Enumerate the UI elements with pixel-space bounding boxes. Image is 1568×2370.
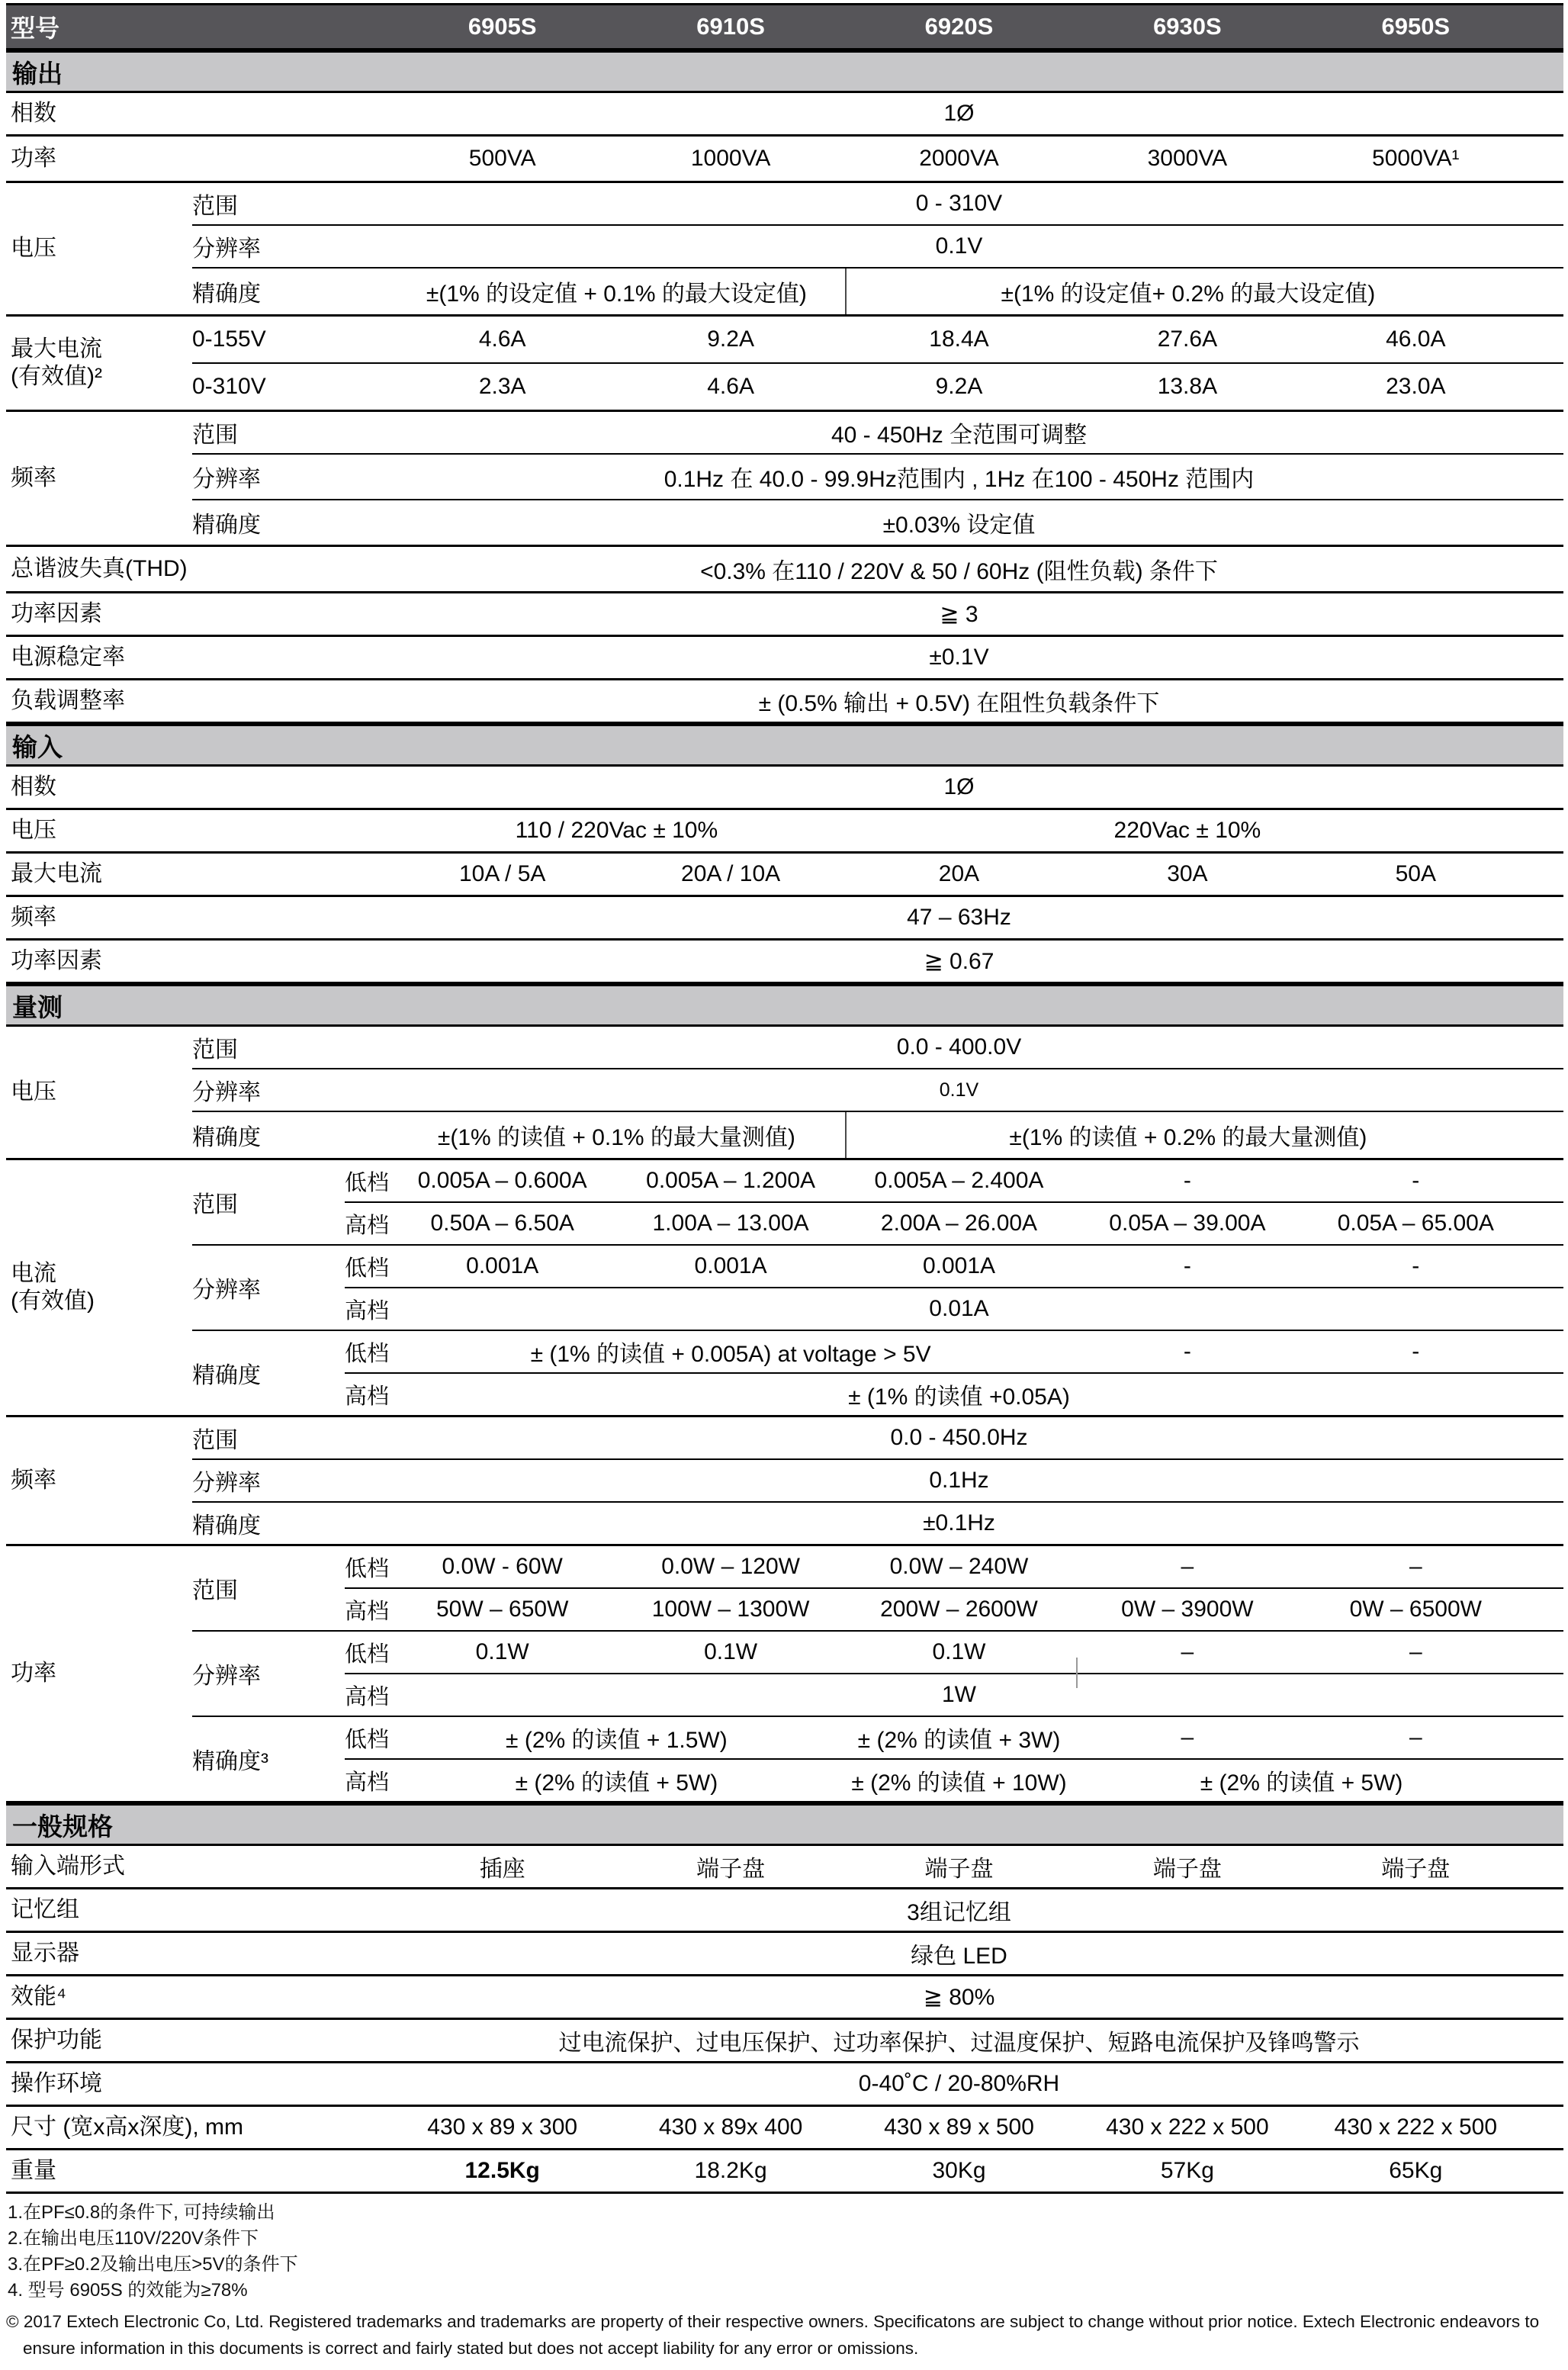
row-group-label: 保护功能 (6, 2020, 192, 2061)
sub-row: 分辨率低档0.001A0.001A0.001A--高档0.01A (192, 1244, 1563, 1330)
row-group-label: 重量 (6, 2150, 192, 2192)
sub-row: 范围低档0.0W - 60W0.0W – 120W0.0W – 240W––高档… (192, 1546, 1563, 1630)
spec-value-cell: 过电流保护、过电压保护、过功率保护、过温度保护、短路电流保护及锋鸣警示 (388, 2020, 1530, 2061)
sub-row-label (192, 941, 345, 982)
range-band-label: 高档 (345, 1674, 388, 1716)
spec-value-cell: 端子盘 (1302, 1846, 1530, 1887)
row-group-label: 显示器 (6, 1933, 192, 1974)
spec-value-cell: ±0.03% 设定值 (388, 500, 1530, 545)
sub-row-label: 分辨率 (192, 1632, 345, 1716)
spec-group: 总谐波失真(THD)<0.3% 在110 / 220V & 50 / 60Hz … (6, 547, 1563, 593)
spec-row-cells: 40 - 450Hz 全范围可调整 (388, 412, 1530, 453)
spec-row-cells: ± (2% 的读值 + 1.5W)± (2% 的读值 + 3W)–– (388, 1717, 1530, 1758)
sub-row-body: 低档0.1W0.1W0.1W––高档1W (345, 1632, 1563, 1716)
sub-row: 范围低档0.005A – 0.600A0.005A – 1.200A0.005A… (192, 1160, 1563, 1244)
range-band-label (345, 897, 388, 938)
sub-row: 范围0 - 310V (192, 183, 1563, 224)
sub-row-label: 范围 (192, 1546, 345, 1630)
sub-row-label (192, 547, 345, 591)
sub-row: 分辨率0.1V (192, 1068, 1563, 1111)
spec-row-cells: ±0.03% 设定值 (388, 500, 1530, 545)
sub-row-body: 3组记忆组 (345, 1889, 1563, 1931)
spec-group: 负载调整率± (0.5% 输出 + 0.5V) 在阻性负载条件下 (6, 680, 1563, 724)
spec-value-cell: 0-40˚C / 20-80%RH (388, 2063, 1530, 2105)
spec-value-cell: ±0.1V (388, 637, 1530, 678)
row-group-body: 过电流保护、过电压保护、过功率保护、过温度保护、短路电流保护及锋鸣警示 (192, 2020, 1563, 2061)
spec-row-cells: 0.1Hz 在 40.0 - 99.9Hz范围内 , 1Hz 在100 - 45… (388, 455, 1530, 499)
spec-group: 记忆组3组记忆组 (6, 1889, 1563, 1933)
row-group-label: 负载调整率 (6, 680, 192, 722)
spec-value-cell: ± (2% 的读值 + 5W) (388, 1760, 845, 1801)
spec-value-cell: 0.0 - 400.0V (388, 1027, 1530, 1068)
spec-row: 500VA1000VA2000VA3000VA5000VA¹ (345, 137, 1563, 181)
row-group-body: <0.3% 在110 / 220V & 50 / 60Hz (阻性负载) 条件下 (192, 547, 1563, 591)
spec-value-cell: 0.1W (616, 1632, 844, 1673)
spec-row: 0.0 - 450.0Hz (345, 1417, 1563, 1458)
spec-value-cell: 47 – 63Hz (388, 897, 1530, 938)
sub-row-body: 2.3A4.6A9.2A13.8A23.0A (345, 364, 1563, 410)
range-band-label (345, 1417, 388, 1458)
row-group-label: 功率因素 (6, 941, 192, 982)
spec-value-cell: 30A (1073, 854, 1301, 895)
section-bar-measurement: 量测 (6, 984, 1563, 1027)
sub-row-body: 低档0.005A – 0.600A0.005A – 1.200A0.005A –… (345, 1160, 1563, 1244)
sub-row: 精确度低档± (1% 的读值 + 0.005A) at voltage > 5V… (192, 1330, 1563, 1415)
spec-row-cells: 500VA1000VA2000VA3000VA5000VA¹ (388, 137, 1530, 181)
sub-row-body: 1Ø (345, 93, 1563, 134)
sub-row-body: 插座端子盘端子盘端子盘端子盘 (345, 1846, 1563, 1887)
spec-row-cells: 0.01A (388, 1288, 1530, 1330)
sub-row-label (192, 1846, 345, 1887)
spec-row: ± (0.5% 输出 + 0.5V) 在阻性负载条件下 (345, 680, 1563, 722)
spec-row: 0.1Hz 在 40.0 - 99.9Hz范围内 , 1Hz 在100 - 45… (345, 455, 1563, 499)
range-band-label: 低档 (345, 1246, 388, 1287)
row-group-label: 记忆组 (6, 1889, 192, 1931)
sub-row-body: 绿色 LED (345, 1933, 1563, 1974)
sub-row-body: 110 / 220Vac ± 10%220Vac ± 10% (345, 810, 1563, 851)
spec-value-cell: 2000VA (845, 137, 1073, 181)
spec-row-cells: ± (2% 的读值 + 5W)± (2% 的读值 + 10W)± (2% 的读值… (388, 1760, 1530, 1801)
spec-value-cell: 0.005A – 1.200A (616, 1160, 844, 1201)
spec-row: 1Ø (345, 767, 1563, 808)
row-group-body: ≧ 3 (192, 593, 1563, 635)
row-group-body: 10A / 5A20A / 10A20A30A50A (192, 854, 1563, 895)
sub-row: 分辨率0.1Hz (192, 1458, 1563, 1501)
sub-row-label: 分辨率 (192, 455, 345, 499)
section-bar-general: 一般规格 (6, 1803, 1563, 1846)
range-band-label: 高档 (345, 1288, 388, 1330)
spec-value-cell: 0.05A – 39.00A (1073, 1203, 1301, 1244)
spec-value-cell: 0.001A (616, 1246, 844, 1287)
row-group-label: 操作环境 (6, 2063, 192, 2105)
row-group-label: 功率 (6, 1546, 192, 1801)
spec-value-cell: ± (1% 的读值 +0.05A) (388, 1374, 1530, 1415)
sub-row: ± (0.5% 输出 + 0.5V) 在阻性负载条件下 (192, 680, 1563, 722)
range-band-label (345, 1069, 388, 1111)
spec-group: 电源稳定率±0.1V (6, 637, 1563, 680)
sub-row-body: ≧ 3 (345, 593, 1563, 635)
spec-value-cell: 430 x 89x 400 (616, 2107, 844, 2148)
range-band-label: 高档 (345, 1589, 388, 1630)
row-group-label: 效能⁴ (6, 1976, 192, 2018)
spec-row-cells: ± (1% 的读值 +0.05A) (388, 1374, 1530, 1415)
spec-row-cells: ± (1% 的读值 + 0.005A) at voltage > 5V-- (388, 1331, 1530, 1372)
spec-row: 过电流保护、过电压保护、过功率保护、过温度保护、短路电流保护及锋鸣警示 (345, 2020, 1563, 2061)
sub-row: ≧ 80% (192, 1976, 1563, 2018)
spec-value-cell: 13.8A (1073, 364, 1301, 410)
sub-row-label (192, 137, 345, 181)
spec-row: 110 / 220Vac ± 10%220Vac ± 10% (345, 810, 1563, 851)
spec-row: 高档1W (345, 1673, 1563, 1716)
spec-value-cell: 200W – 2600W (845, 1589, 1073, 1630)
spec-value-cell: – (1302, 1717, 1530, 1758)
range-band-label: 低档 (345, 1717, 388, 1758)
spec-value-cell: 430 x 222 x 500 (1302, 2107, 1530, 2148)
sub-row-label (192, 767, 345, 808)
spec-value-cell: 430 x 222 x 500 (1073, 2107, 1301, 2148)
row-group-body: 3组记忆组 (192, 1889, 1563, 1931)
sub-row: 1Ø (192, 93, 1563, 134)
sub-row-label (192, 637, 345, 678)
spec-value-cell: 220Vac ± 10% (845, 810, 1530, 851)
row-group-body: 范围0.0 - 450.0Hz分辨率0.1Hz精确度±0.1Hz (192, 1417, 1563, 1544)
sub-row-body: 430 x 89 x 300430 x 89x 400430 x 89 x 50… (345, 2107, 1563, 2148)
row-group-body: ≧ 80% (192, 1976, 1563, 2018)
models-header-row: 型号6905S6910S6920S6930S6950S (6, 3, 1563, 50)
spec-value-cell: 57Kg (1073, 2150, 1301, 2192)
spec-row-cells: <0.3% 在110 / 220V & 50 / 60Hz (阻性负载) 条件下 (388, 547, 1530, 591)
spec-row-cells: 1Ø (388, 767, 1530, 808)
sub-row: 精确度³低档± (2% 的读值 + 1.5W)± (2% 的读值 + 3W)––… (192, 1716, 1563, 1801)
range-band-label (345, 2150, 388, 2192)
sub-row-body: 0 - 310V (345, 183, 1563, 224)
sub-row-body: 0.0 - 450.0Hz (345, 1417, 1563, 1458)
spec-row: 0.1V (345, 1069, 1563, 1111)
sub-row-body: 500VA1000VA2000VA3000VA5000VA¹ (345, 137, 1563, 181)
range-band-label (345, 1889, 388, 1931)
range-band-label (345, 1503, 388, 1544)
spec-row: 绿色 LED (345, 1933, 1563, 1974)
sub-row-body: ±0.1Hz (345, 1503, 1563, 1544)
spec-row: 12.5Kg18.2Kg30Kg57Kg65Kg (345, 2150, 1563, 2192)
spec-row-cells: 0.1V (388, 226, 1530, 267)
spec-value-cell: 0W – 3900W (1073, 1589, 1301, 1630)
row-group-label: 功率 (6, 137, 192, 181)
sub-row-label (192, 1933, 345, 1974)
spec-value-cell: 0.1W (388, 1632, 616, 1673)
spec-group: 电压范围0 - 310V分辨率0.1V精确度±(1% 的设定值 + 0.1% 的… (6, 183, 1563, 317)
spec-row-cells: 0.1Hz (388, 1460, 1530, 1501)
spec-value-cell: 3组记忆组 (388, 1889, 1530, 1931)
sub-row-body: 低档0.0W - 60W0.0W – 120W0.0W – 240W––高档50… (345, 1546, 1563, 1630)
sub-row: 430 x 89 x 300430 x 89x 400430 x 89 x 50… (192, 2107, 1563, 2148)
spec-value-cell: 端子盘 (845, 1846, 1073, 1887)
sub-row-label (192, 2107, 345, 2148)
range-band-label: 低档 (345, 1546, 388, 1587)
spec-value-cell: – (1073, 1717, 1301, 1758)
spec-row-cells: 0.1V (388, 1069, 1530, 1111)
spec-value-cell: ± (2% 的读值 + 1.5W) (388, 1717, 845, 1758)
spec-value-cell: 500VA (388, 137, 616, 181)
spec-group: 保护功能过电流保护、过电压保护、过功率保护、过温度保护、短路电流保护及锋鸣警示 (6, 2020, 1563, 2063)
sub-row-body: ±0.1V (345, 637, 1563, 678)
row-group-label: 相数 (6, 767, 192, 808)
spec-value-cell: ±(1% 的设定值+ 0.2% 的最大设定值) (845, 269, 1530, 314)
spec-group: 频率范围40 - 450Hz 全范围可调整分辨率0.1Hz 在 40.0 - 9… (6, 412, 1563, 547)
spec-row-cells: 430 x 89 x 300430 x 89x 400430 x 89 x 50… (388, 2107, 1530, 2148)
spec-group: 操作环境0-40˚C / 20-80%RH (6, 2063, 1563, 2107)
spec-value-cell: 4.6A (616, 364, 844, 410)
row-group-label: 电压 (6, 183, 192, 314)
sub-row-body: ± (0.5% 输出 + 0.5V) 在阻性负载条件下 (345, 680, 1563, 722)
sub-row-body: 0.1Hz (345, 1460, 1563, 1501)
spec-row: 低档± (1% 的读值 + 0.005A) at voltage > 5V-- (345, 1331, 1563, 1372)
row-group-body: 范围0 - 310V分辨率0.1V精确度±(1% 的设定值 + 0.1% 的最大… (192, 183, 1563, 314)
spec-row: 高档± (2% 的读值 + 5W)± (2% 的读值 + 10W)± (2% 的… (345, 1758, 1563, 1801)
sub-row: 精确度±0.1Hz (192, 1501, 1563, 1544)
spec-value-cell: 绿色 LED (388, 1933, 1530, 1974)
spec-row-cells: ±(1% 的设定值 + 0.1% 的最大设定值)±(1% 的设定值+ 0.2% … (388, 269, 1530, 314)
spec-value-cell: ± (2% 的读值 + 10W) (845, 1760, 1073, 1801)
model-column-header: 6910S (616, 5, 844, 48)
sub-row-body: 47 – 63Hz (345, 897, 1563, 938)
row-group-body: ± (0.5% 输出 + 0.5V) 在阻性负载条件下 (192, 680, 1563, 722)
sub-row: 插座端子盘端子盘端子盘端子盘 (192, 1846, 1563, 1887)
spec-value-cell: 30Kg (845, 2150, 1073, 2192)
spec-row: ±0.1V (345, 637, 1563, 678)
sub-row-label (192, 897, 345, 938)
sub-row-label: 分辨率 (192, 1246, 345, 1330)
spec-group: 频率47 – 63Hz (6, 897, 1563, 941)
spec-row: ≧ 0.67 (345, 941, 1563, 982)
sub-row: 1Ø (192, 767, 1563, 808)
sub-row: 绿色 LED (192, 1933, 1563, 1974)
range-band-label (345, 1933, 388, 1974)
spec-row: 高档50W – 650W100W – 1300W200W – 2600W0W –… (345, 1587, 1563, 1630)
spec-group: 相数1Ø (6, 93, 1563, 137)
spec-value-cell: 10A / 5A (388, 854, 616, 895)
spec-row-cells: 0.1W0.1W0.1W–– (388, 1632, 1530, 1673)
row-group-label: 总谐波失真(THD) (6, 547, 192, 591)
spec-value-cell: 0.0W - 60W (388, 1546, 616, 1587)
sub-row-label: 范围 (192, 1027, 345, 1068)
spec-value-cell: 18.2Kg (616, 2150, 844, 2192)
spec-value-cell: 0 - 310V (388, 183, 1530, 224)
spec-row: ±(1% 的读值 + 0.1% 的最大量测值)±(1% 的读值 + 0.2% 的… (345, 1112, 1563, 1158)
sub-row-body: 0.1Hz 在 40.0 - 99.9Hz范围内 , 1Hz 在100 - 45… (345, 455, 1563, 499)
spec-row-cells: 0.0 - 450.0Hz (388, 1417, 1530, 1458)
sub-row: 范围0.0 - 400.0V (192, 1027, 1563, 1068)
spec-row: ≧ 3 (345, 593, 1563, 635)
spec-row-cells: ≧ 0.67 (388, 941, 1530, 982)
datasheet-page: 型号6905S6910S6920S6930S6950S输出相数1Ø功率500VA… (0, 0, 1568, 2370)
range-band-label (345, 767, 388, 808)
sub-row: 精确度±(1% 的设定值 + 0.1% 的最大设定值)±(1% 的设定值+ 0.… (192, 267, 1563, 314)
sub-row: 分辨率0.1V (192, 224, 1563, 267)
spec-row: ±0.03% 设定值 (345, 500, 1563, 545)
sub-row-label (192, 2020, 345, 2061)
range-band-label (345, 364, 388, 410)
spec-row-cells: 3组记忆组 (388, 1889, 1530, 1931)
sub-row: 精确度±0.03% 设定值 (192, 499, 1563, 545)
spec-row: 低档0.001A0.001A0.001A-- (345, 1246, 1563, 1287)
row-group-body: 范围低档0.005A – 0.600A0.005A – 1.200A0.005A… (192, 1160, 1563, 1415)
range-band-label (345, 2063, 388, 2105)
spec-row: 430 x 89 x 300430 x 89x 400430 x 89 x 50… (345, 2107, 1563, 2148)
sub-row: ±0.1V (192, 637, 1563, 678)
spec-row-cells: 110 / 220Vac ± 10%220Vac ± 10% (388, 810, 1530, 851)
row-group-body: ≧ 0.67 (192, 941, 1563, 982)
sub-row-label: 分辨率 (192, 226, 345, 267)
spec-value-cell: 20A (845, 854, 1073, 895)
spec-value-cell: 0.0 - 450.0Hz (388, 1417, 1530, 1458)
spec-value-cell: 0.0W – 240W (845, 1546, 1073, 1587)
spec-value-cell: - (1302, 1160, 1530, 1201)
spec-value-cell: 0.05A – 65.00A (1302, 1203, 1530, 1244)
spec-value-cell: 2.3A (388, 364, 616, 410)
range-band-label (345, 637, 388, 678)
spec-value-cell: – (1302, 1632, 1530, 1673)
sub-row-body: 40 - 450Hz 全范围可调整 (345, 412, 1563, 453)
spec-value-cell: - (1302, 1246, 1530, 1287)
row-group-label: 频率 (6, 412, 192, 545)
spec-value-cell: 0.1V (388, 1069, 1530, 1111)
sub-row-label: 精确度 (192, 1503, 345, 1544)
spec-row-cells: 过电流保护、过电压保护、过功率保护、过温度保护、短路电流保护及锋鸣警示 (388, 2020, 1530, 2061)
spec-row-cells: ≧ 80% (388, 1976, 1530, 2018)
spec-value-cell: 0.005A – 0.600A (388, 1160, 616, 1201)
spec-value-cell: 27.6A (1073, 317, 1301, 362)
spec-row: ±(1% 的设定值 + 0.1% 的最大设定值)±(1% 的设定值+ 0.2% … (345, 269, 1563, 314)
section-bar-output: 输出 (6, 50, 1563, 93)
row-group-label: 频率 (6, 897, 192, 938)
spec-value-cell: 0.001A (845, 1246, 1073, 1287)
spec-value-cell: 0.0W – 120W (616, 1546, 844, 1587)
spec-row-cells: 1Ø (388, 93, 1530, 134)
spec-value-cell: 430 x 89 x 300 (388, 2107, 616, 2148)
footnote-line: 2.在输出电压110V/220V条件下 (8, 2226, 298, 2252)
spec-row-cells: 50W – 650W100W – 1300W200W – 2600W0W – 3… (388, 1589, 1530, 1630)
sub-row: 12.5Kg18.2Kg30Kg57Kg65Kg (192, 2150, 1563, 2192)
sub-row-body: 12.5Kg18.2Kg30Kg57Kg65Kg (345, 2150, 1563, 2192)
spec-value-cell: 20A / 10A (616, 854, 844, 895)
spec-row: 10A / 5A20A / 10A20A30A50A (345, 854, 1563, 895)
sub-row-label: 精确度 (192, 1112, 345, 1158)
sub-row-label: 范围 (192, 412, 345, 453)
spec-value-cell: 2.00A – 26.00A (845, 1203, 1073, 1244)
spec-row-cells: 0.0 - 400.0V (388, 1027, 1530, 1068)
sub-row-label: 分辨率 (192, 1069, 345, 1111)
spec-row: 0.1V (345, 226, 1563, 267)
sub-row-body: ±0.03% 设定值 (345, 500, 1563, 545)
row-group-body: 1Ø (192, 93, 1563, 134)
sub-row: 分辨率低档0.1W0.1W0.1W––高档1W (192, 1630, 1563, 1716)
spec-row-cells: 0-40˚C / 20-80%RH (388, 2063, 1530, 2105)
range-band-label (345, 680, 388, 722)
spec-value-cell: 0.01A (388, 1288, 1530, 1330)
spec-value-cell: – (1073, 1546, 1301, 1587)
sub-row: ≧ 3 (192, 593, 1563, 635)
spec-value-cell: 65Kg (1302, 2150, 1530, 2192)
row-group-body: 47 – 63Hz (192, 897, 1563, 938)
spec-row-cells: 绿色 LED (388, 1933, 1530, 1974)
section-bar-input: 输入 (6, 724, 1563, 767)
spec-value-cell: 40 - 450Hz 全范围可调整 (388, 412, 1530, 453)
spec-value-cell: 1.00A – 13.00A (616, 1203, 844, 1244)
spec-row: ±0.1Hz (345, 1503, 1563, 1544)
spec-group: 功率500VA1000VA2000VA3000VA5000VA¹ (6, 137, 1563, 183)
spec-row: 47 – 63Hz (345, 897, 1563, 938)
row-group-label: 功率因素 (6, 593, 192, 635)
spec-value-cell: 0.1W (845, 1632, 1073, 1673)
spec-row-cells: ±(1% 的读值 + 0.1% 的最大量测值)±(1% 的读值 + 0.2% 的… (388, 1112, 1530, 1158)
spec-row-cells: 47 – 63Hz (388, 897, 1530, 938)
range-band-label (345, 455, 388, 499)
spec-value-cell: 1Ø (388, 767, 1530, 808)
spec-group: 电压范围0.0 - 400.0V分辨率0.1V精确度±(1% 的读值 + 0.1… (6, 1027, 1563, 1160)
spec-row-cells: 插座端子盘端子盘端子盘端子盘 (388, 1846, 1530, 1887)
spec-row-cells: 12.5Kg18.2Kg30Kg57Kg65Kg (388, 2150, 1530, 2192)
range-band-label (345, 183, 388, 224)
row-group-label: 相数 (6, 93, 192, 134)
spec-group: 频率范围0.0 - 450.0Hz分辨率0.1Hz精确度±0.1Hz (6, 1417, 1563, 1546)
sub-row-body: ±(1% 的读值 + 0.1% 的最大量测值)±(1% 的读值 + 0.2% 的… (345, 1112, 1563, 1158)
spec-value-cell: 3000VA (1073, 137, 1301, 181)
spec-value-cell: - (1302, 1331, 1530, 1372)
row-group-body: 1Ø (192, 767, 1563, 808)
sub-row: 500VA1000VA2000VA3000VA5000VA¹ (192, 137, 1563, 181)
spec-value-cell: 端子盘 (1073, 1846, 1301, 1887)
sub-row-body: ≧ 0.67 (345, 941, 1563, 982)
row-group-label: 电压 (6, 810, 192, 851)
spec-row: 3组记忆组 (345, 1889, 1563, 1931)
sub-row-label (192, 2150, 345, 2192)
spec-group: 功率因素≧ 3 (6, 593, 1563, 637)
spec-row-cells: 0.0W - 60W0.0W – 120W0.0W – 240W–– (388, 1546, 1530, 1587)
spec-value-cell: 50W – 650W (388, 1589, 616, 1630)
row-group-body: 430 x 89 x 300430 x 89x 400430 x 89 x 50… (192, 2107, 1563, 2148)
spec-value-cell: 1W (388, 1674, 1530, 1716)
range-band-label (345, 269, 388, 314)
sub-row: ≧ 0.67 (192, 941, 1563, 982)
spec-row-cells: 0.50A – 6.50A1.00A – 13.00A2.00A – 26.00… (388, 1203, 1530, 1244)
spec-value-cell: ± (2% 的读值 + 3W) (845, 1717, 1073, 1758)
spec-value-cell: – (1302, 1546, 1530, 1587)
sub-row-label (192, 2063, 345, 2105)
spec-value-cell: 端子盘 (616, 1846, 844, 1887)
spec-group: 尺寸 (宽x高x深度), mm430 x 89 x 300430 x 89x 4… (6, 2107, 1563, 2150)
spec-group: 功率因素≧ 0.67 (6, 941, 1563, 984)
range-band-label (345, 593, 388, 635)
spec-value-cell: 0.1Hz (388, 1460, 1530, 1501)
sub-row: 110 / 220Vac ± 10%220Vac ± 10% (192, 810, 1563, 851)
row-group-body: 范围0.0 - 400.0V分辨率0.1V精确度±(1% 的读值 + 0.1% … (192, 1027, 1563, 1158)
range-band-label (345, 1846, 388, 1887)
spec-row-cells: ≧ 3 (388, 593, 1530, 635)
spec-row: 高档0.50A – 6.50A1.00A – 13.00A2.00A – 26.… (345, 1201, 1563, 1244)
range-band-label (345, 1976, 388, 2018)
spec-value-cell: ± (2% 的读值 + 5W) (1073, 1760, 1530, 1801)
spec-row: 0-40˚C / 20-80%RH (345, 2063, 1563, 2105)
sub-row-body: 1Ø (345, 767, 1563, 808)
sub-row: 0-310V2.3A4.6A9.2A13.8A23.0A (192, 362, 1563, 410)
models-header-cells: 6905S6910S6920S6930S6950S (388, 5, 1530, 48)
spec-group: 电压110 / 220Vac ± 10%220Vac ± 10% (6, 810, 1563, 854)
sub-row-body: 低档± (1% 的读值 + 0.005A) at voltage > 5V--高… (345, 1331, 1563, 1415)
row-group-body: ±0.1V (192, 637, 1563, 678)
spec-value-cell: 1Ø (388, 93, 1530, 134)
cell-divider-tick (1076, 1658, 1078, 1688)
